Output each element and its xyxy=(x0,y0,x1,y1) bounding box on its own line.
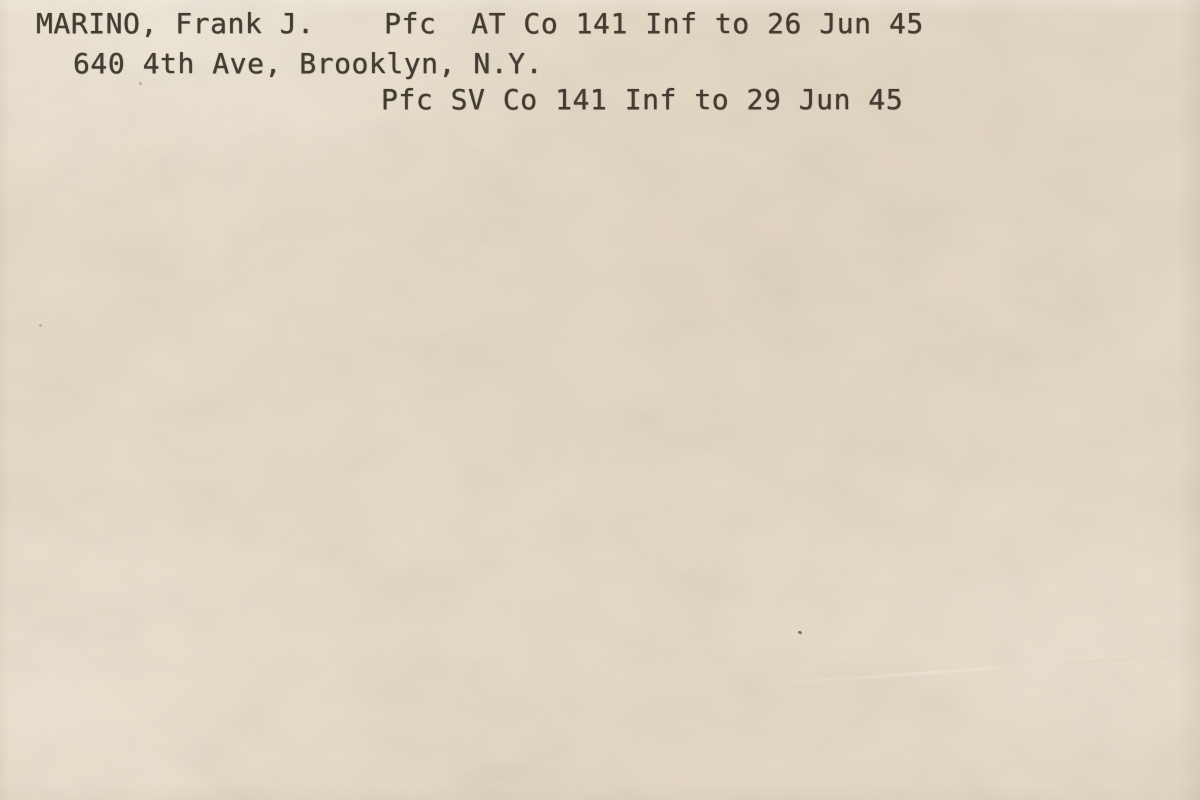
typed-line-second-assignment: Pfc SV Co 141 Inf to 29 Jun 45 xyxy=(381,85,903,115)
paper-speck xyxy=(39,324,42,327)
paper-crease xyxy=(740,652,1200,688)
paper-speck xyxy=(139,82,142,85)
typed-line-name-rank-unit: MARINO, Frank J. Pfc AT Co 141 Inf to 26… xyxy=(36,9,924,39)
paper-speck xyxy=(798,630,803,634)
typed-line-address: 640 4th Ave, Brooklyn, N.Y. xyxy=(73,49,543,79)
paper-texture xyxy=(0,0,1200,800)
index-card: MARINO, Frank J. Pfc AT Co 141 Inf to 26… xyxy=(0,0,1200,800)
